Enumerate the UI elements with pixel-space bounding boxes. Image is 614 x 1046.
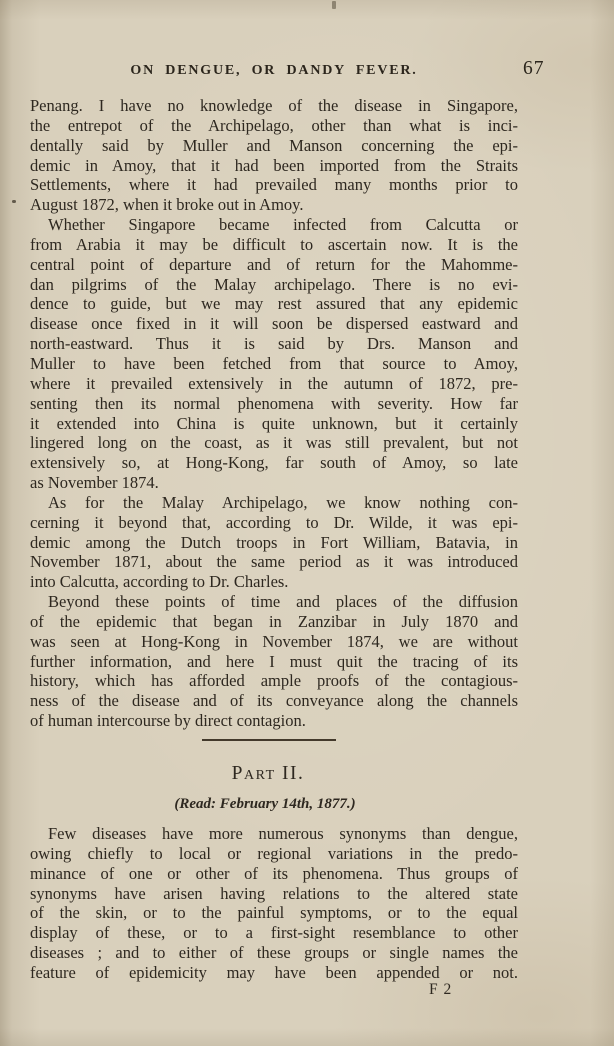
text-line: feature of epidemicity may have been app… — [30, 963, 518, 983]
paper-speck-top — [332, 1, 336, 9]
text-line: central point of departure and of return… — [30, 255, 518, 275]
text-line: further information, and here I must qui… — [30, 652, 518, 672]
text-line: from Arabia it may be difficult to ascer… — [30, 235, 518, 255]
text-line: history, which has afforded ample proofs… — [30, 671, 518, 691]
text-line: as November 1874. — [30, 473, 518, 493]
page-number: 67 — [523, 58, 573, 80]
text-block: Penang. I have no knowledge of the disea… — [30, 96, 518, 998]
text-line: Few diseases have more numerous synonyms… — [30, 824, 518, 844]
text-line: into Calcutta, according to Dr. Charles. — [30, 572, 518, 592]
text-line: of the skin, or to the painful symptoms,… — [30, 903, 518, 923]
printer-signature-mark: F 2 — [30, 982, 518, 998]
text-line: cerning it beyond that, according to Dr.… — [30, 513, 518, 533]
scanned-book-page: ON DENGUE, OR DANDY FEVER. 67 Penang. I … — [0, 0, 614, 1046]
text-line: where it prevailed extensively in the au… — [30, 374, 518, 394]
paragraph: Few diseases have more numerous synonyms… — [30, 824, 518, 983]
text-line: senting then its normal phenomena with s… — [30, 394, 518, 414]
section-divider-rule — [202, 739, 336, 741]
read-date-note: (Read: February 14th, 1877.) — [21, 796, 509, 812]
text-line: dence to guide, but we may rest assured … — [30, 294, 518, 314]
text-line: display of these, or to a first-sight re… — [30, 923, 518, 943]
text-line: synonyms have arisen having relations to… — [30, 884, 518, 904]
paragraph: Whether Singapore became infected from C… — [30, 215, 518, 493]
paragraph: As for the Malay Archipelago, we know no… — [30, 493, 518, 592]
text-line: Settlements, where it had prevailed many… — [30, 175, 518, 195]
text-line: Beyond these points of time and places o… — [30, 592, 518, 612]
paragraph: Beyond these points of time and places o… — [30, 592, 518, 731]
text-line: Whether Singapore became infected from C… — [30, 215, 518, 235]
text-line: was seen at Hong-Kong in November 1874, … — [30, 632, 518, 652]
text-line: Penang. I have no knowledge of the disea… — [30, 96, 518, 116]
text-line: the entrepot of the Archipelago, other t… — [30, 116, 518, 136]
text-line: August 1872, when it broke out in Amoy. — [30, 195, 518, 215]
text-line: disease once fixed in it will soon be di… — [30, 314, 518, 334]
running-head-title: ON DENGUE, OR DANDY FEVER. — [30, 63, 518, 79]
text-line: Muller to have been fetched from that so… — [30, 354, 518, 374]
text-line: ness of the disease and of its conveyanc… — [30, 691, 518, 711]
text-line: dan pilgrims of the Malay archipelago. T… — [30, 275, 518, 295]
text-line: of the epidemic that began in Zanzibar i… — [30, 612, 518, 632]
text-line: north-eastward. Thus it is said by Drs. … — [30, 334, 518, 354]
paper-speck-margin — [12, 200, 16, 203]
text-line: lingered long on the coast, as it was st… — [30, 433, 518, 453]
text-line: diseases ; and to either of these groups… — [30, 943, 518, 963]
text-line: owing chiefly to local or regional varia… — [30, 844, 518, 864]
text-line: dentally said by Muller and Manson conce… — [30, 136, 518, 156]
text-line: minance of one or other of its phenomena… — [30, 864, 518, 884]
text-line: demic in Amoy, that it had been imported… — [30, 156, 518, 176]
text-line: demic among the Dutch troops in Fort Wil… — [30, 533, 518, 553]
text-line: November 1871, about the same period as … — [30, 552, 518, 572]
text-line: of human intercourse by direct contagion… — [30, 711, 518, 731]
part-heading: Part II. — [24, 763, 512, 785]
text-line: it extended into China is quite unknown,… — [30, 414, 518, 434]
paragraph: Penang. I have no knowledge of the disea… — [30, 96, 518, 215]
text-line: As for the Malay Archipelago, we know no… — [30, 493, 518, 513]
text-line: extensively so, at Hong-Kong, far south … — [30, 453, 518, 473]
